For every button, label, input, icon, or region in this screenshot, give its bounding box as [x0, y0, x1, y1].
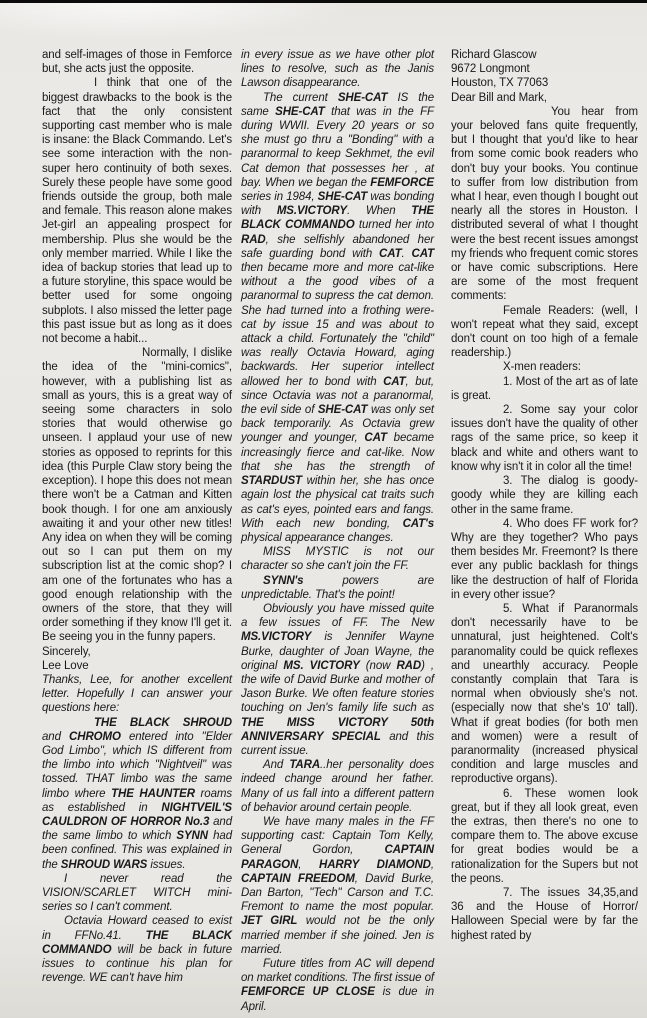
paragraph: MISS MYSTIC is not our character so she … [241, 545, 434, 573]
paragraph: 7. The issues 34,35,and 36 and the House… [451, 886, 638, 943]
paragraph: 2. Some say your color issues don't have… [451, 403, 638, 474]
paragraph: And TARA..her personality does indeed ch… [241, 758, 434, 815]
paragraph: 4. Who does FF work for? Why are they to… [451, 517, 638, 602]
paragraph: 1. Most of the art as of late is great. [451, 375, 638, 403]
letters-column-left: and self-images of those in Femforce but… [42, 48, 232, 985]
letters-column-right: Richard Glascow9672 LongmontHouston, TX … [451, 48, 638, 943]
paragraph: Octavia Howard ceased to exist in FFNo.4… [42, 914, 232, 985]
paragraph: X-men readers: [451, 360, 638, 374]
paragraph: Lee Love [42, 659, 232, 673]
page-top-rule [0, 0, 647, 3]
paragraph: 5. What if Paranormals don't necessarily… [451, 602, 638, 787]
paragraph: SYNN's powers are unpredictable. That's … [241, 574, 434, 602]
paragraph: Obviously you have missed quite a few is… [241, 602, 434, 758]
paragraph: 3. The dialog is goody-goody while they … [451, 474, 638, 517]
paragraph: THE BLACK SHROUD and CHROMO entered into… [42, 716, 232, 872]
paragraph: We have many males in the FF supporting … [241, 815, 434, 957]
paragraph: Richard Glascow [451, 48, 638, 62]
paragraph: Houston, TX 77063 [451, 76, 638, 90]
paragraph: Normally, I dislike the idea of the "min… [42, 346, 232, 644]
paragraph: The current SHE-CAT IS the same SHE-CAT … [241, 91, 434, 546]
paragraph: 9672 Longmont [451, 62, 638, 76]
paragraph: and self-images of those in Femforce but… [42, 48, 232, 76]
letters-column-middle: in every issue as we have other plot lin… [241, 48, 434, 1014]
paragraph: Female Readers: (well, I won't repeat wh… [451, 304, 638, 361]
paragraph: I never read the VISION/SCARLET WITCH mi… [42, 872, 232, 915]
paragraph: I think that one of the biggest drawback… [42, 76, 232, 346]
paragraph: Thanks, Lee, for another excellent lette… [42, 673, 232, 716]
letters-columns: and self-images of those in Femforce but… [42, 48, 638, 1014]
paragraph: 6. These women look great, but if they a… [451, 787, 638, 886]
paragraph: Future titles from AC will depend on mar… [241, 957, 434, 1014]
paragraph: Sincerely, [42, 645, 232, 659]
letters-page-scan: and self-images of those in Femforce but… [0, 0, 647, 1018]
paragraph: Dear Bill and Mark, [451, 91, 638, 105]
paragraph: in every issue as we have other plot lin… [241, 48, 434, 91]
paragraph: You hear from your beloved fans quite fr… [451, 105, 638, 304]
